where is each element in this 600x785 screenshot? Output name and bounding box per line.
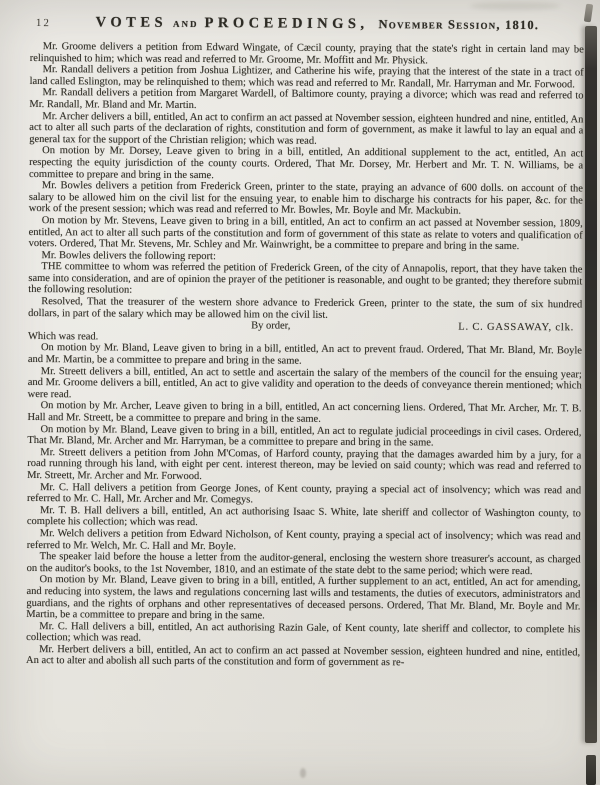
body-paragraph-resolution: Resolved, That the treasurer of the west… <box>28 296 582 323</box>
body-paragraph: Mr. Archer delivers a bill, entitled, An… <box>29 111 583 149</box>
body-paragraph: Mr. Herbert delivers a bill, entitled, A… <box>26 644 580 671</box>
scan-smudge <box>470 2 560 10</box>
clerk-signature: L. C. GASSAWAY, clk. <box>445 322 574 334</box>
body-paragraph: On motion by Mr. Dorsey, Leave given to … <box>29 145 583 183</box>
body-paragraph: Mr. Streett delivers a bill, entitled, A… <box>28 366 582 404</box>
title-proceedings: PROCEEDINGS, <box>205 15 369 32</box>
body-paragraph: Mr. Streett delivers a petition from Joh… <box>27 447 581 485</box>
scan-edge-mark <box>584 4 593 23</box>
scan-edge-shadow-bottom <box>586 755 596 785</box>
body-paragraph: Mr. C. Hall delivers a petition from Geo… <box>27 482 581 509</box>
body-paragraph: Mr. C. Hall delivers a bill, entitled, A… <box>26 621 580 648</box>
page-number: 12 <box>36 17 51 29</box>
title-votes: VOTES <box>96 14 167 30</box>
body-paragraph: On motion by Mr. Stevens, Leave given to… <box>29 215 583 253</box>
title-and: AND <box>171 19 201 29</box>
body-paragraph: On motion by Mr. Archer, Leave given to … <box>27 400 581 427</box>
journal-body: Mr. Groome delivers a petition from Edwa… <box>26 41 584 670</box>
by-order-label: By order, <box>238 321 290 333</box>
running-header: 12 VOTES AND PROCEEDINGS, November Sessi… <box>30 13 584 34</box>
scan-smudge <box>300 768 306 778</box>
body-paragraph: THE committee to whom was referred the p… <box>28 261 582 299</box>
scan-edge-shadow <box>585 26 597 743</box>
page-title: VOTES AND PROCEEDINGS, November Session,… <box>51 13 584 34</box>
body-paragraph: On motion by Mr. Bland, Leave given to b… <box>27 424 581 451</box>
page-content: 12 VOTES AND PROCEEDINGS, November Sessi… <box>26 13 584 670</box>
title-session: November Session, 1810. <box>373 17 540 32</box>
body-paragraph: Mr. T. B. Hall delivers a bill, entitled… <box>27 505 581 532</box>
body-paragraph: On motion by Mr. Bland, Leave given to b… <box>26 574 580 624</box>
scanned-document-page: 12 VOTES AND PROCEEDINGS, November Sessi… <box>0 0 600 785</box>
body-paragraph: Mr. Bowles delivers a petition from Fred… <box>29 180 583 218</box>
body-paragraph: On motion by Mr. Bland, Leave given to b… <box>28 342 582 369</box>
body-paragraph: Mr. Randall delivers a petition from Mar… <box>29 87 583 114</box>
